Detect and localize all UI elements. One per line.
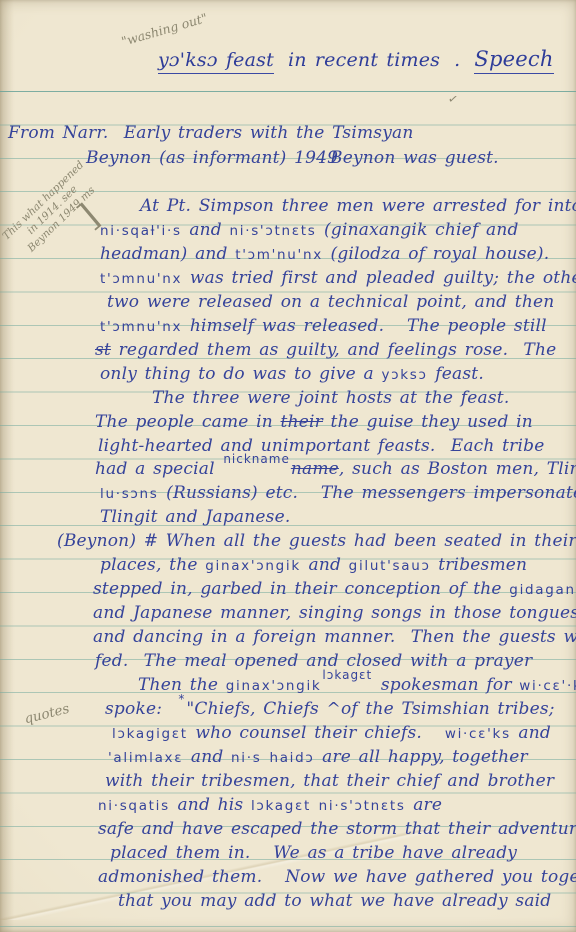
handwritten-line: 'alimlaxɛ and ni·s haidɔ are all happy, …: [108, 746, 528, 769]
handwritten-line: that you may add to what we have already…: [118, 890, 551, 912]
title-period: .: [454, 49, 460, 71]
handwritten-line: lɔkagigɛt who counsel their chiefs. wi·c…: [112, 722, 551, 745]
handwritten-line: and Japanese manner, singing songs in th…: [93, 602, 576, 624]
handwritten-line: stepped in, garbed in their conception o…: [93, 578, 576, 601]
handwritten-line: light-hearted and unimportant feasts. Ea…: [98, 435, 545, 457]
source-heading-line1: From Narr. Early traders with the Tsimsy…: [8, 122, 414, 144]
manuscript-page: "washing out" yɔ'ksɔ feastin recent time…: [0, 0, 576, 932]
handwritten-line: st regarded them as guilty, and feelings…: [95, 339, 556, 361]
handwritten-line: two were released on a technical point, …: [107, 291, 554, 313]
handwritten-line: places, the ginax'ɔngik and gilut'sauɔ t…: [100, 554, 527, 577]
handwritten-line: headman) and t'ɔm'nu'nx (gilodza of roya…: [100, 243, 549, 266]
title-speech-label: Speech: [474, 47, 553, 74]
handwritten-line: At Pt. Simpson three men were arrested f…: [140, 195, 576, 217]
source-heading-line2: Beynon (as informant) 1949: [86, 147, 338, 169]
handwritten-line: ni·sqaƚ'i·s and ni·s'ɔtnɛts (ginaxangik …: [100, 219, 519, 242]
handwritten-line: t'ɔmnu'nx was tried first and pleaded gu…: [100, 267, 576, 290]
pencil-note-quotes: quotes: [23, 701, 71, 728]
ruled-line-top: [0, 91, 576, 92]
handwritten-line: The people came in their the guise they …: [95, 411, 533, 433]
pencil-note-washing-out: "washing out": [120, 10, 209, 49]
handwritten-line: and dancing in a foreign manner. Then th…: [93, 626, 576, 648]
handwritten-line: ni·sqatis and his lɔkagɛt ni·s'ɔtnɛts ar…: [98, 794, 442, 817]
handwritten-line: spoke: *"Chiefs, Chiefs ^of the Tsimshia…: [105, 698, 555, 721]
handwritten-line: safe and have escaped the storm that the…: [98, 818, 576, 840]
handwritten-line: with their tribesmen, that their chief a…: [105, 770, 554, 792]
handwritten-line: only thing to do was to give a yɔksɔ fea…: [100, 363, 484, 386]
pencil-tick-mark: ✓: [447, 91, 459, 107]
handwritten-line: (Beynon) # When all the guests had been …: [57, 530, 576, 552]
handwritten-line: fed. The meal opened and closed with a p…: [95, 650, 532, 672]
title-middle: in recent times: [288, 49, 440, 71]
handwritten-line: Tlingit and Japanese.: [100, 506, 290, 528]
source-heading-guest-note: Beynon was guest.: [330, 147, 499, 169]
handwritten-line: Then the ginax'ɔngiklɔkagɛt spokesman fo…: [138, 674, 576, 697]
page-title: yɔ'ksɔ feastin recent times.Speech: [158, 48, 554, 71]
handwritten-line: admonished them. Now we have gathered yo…: [98, 866, 576, 888]
title-underlined-phrase: yɔ'ksɔ feast: [158, 49, 274, 74]
handwritten-line: had a special nicknamename, such as Bost…: [95, 458, 576, 481]
handwritten-line: lu·sɔns (Russians) etc. The messengers i…: [100, 482, 576, 505]
handwritten-line: t'ɔmnu'nx himself was released. The peop…: [100, 315, 547, 338]
handwritten-line: placed them in. We as a tribe have alrea…: [110, 842, 517, 864]
handwritten-line: The three were joint hosts at the feast.: [152, 387, 509, 409]
